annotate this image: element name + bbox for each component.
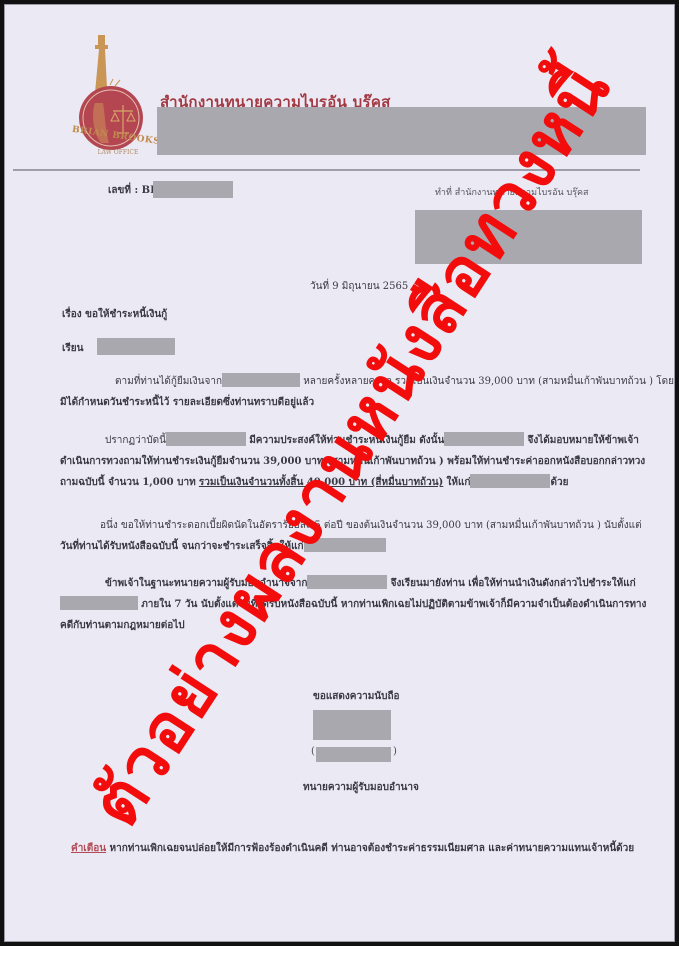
warning-label: คำเตือน bbox=[71, 843, 106, 854]
redacted-signer-name bbox=[316, 747, 391, 762]
subject: เรื่อง ขอให้ชำระหนี้เงินกู้ bbox=[62, 307, 167, 322]
redacted-principal bbox=[307, 575, 387, 589]
written-at: ทำที่ สำนักงานทนายความไบรอัน บรุ๊คส bbox=[435, 185, 589, 199]
header-divider bbox=[13, 169, 640, 171]
redacted-creditor-2 bbox=[166, 432, 246, 446]
redacted-reference-number bbox=[153, 181, 233, 198]
logo-subtitle: LAW OFFICE bbox=[83, 149, 153, 156]
total-amount: รวมเป็นเงินจำนวนทั้งสิ้น 40,000 บาท (สี่… bbox=[199, 477, 443, 488]
redacted-recipient-address bbox=[415, 210, 642, 264]
page-frame: BRIAN BROOKS LAW OFFICE สำนักงานทนายความ… bbox=[0, 0, 679, 946]
signer-title: ทนายความผู้รับมอบอำนาจ bbox=[303, 780, 419, 795]
salutation: เรียน bbox=[62, 341, 83, 356]
paragraph-4: ข้าพเจ้าในฐานะทนายความผู้รับมอบอำนาจจาก … bbox=[60, 573, 640, 636]
redacted-creditor-6 bbox=[60, 596, 138, 610]
signer-name-parens-open: ( bbox=[311, 746, 315, 757]
paragraph-2: ปรากฏว่าบัดนี้ มีความประสงค์ให้ท่านชำระห… bbox=[60, 430, 640, 493]
law-office-logo: BRIAN BROOKS LAW OFFICE bbox=[65, 33, 165, 173]
warning-text: หากท่านเพิกเฉยจนปล่อยให้มีการฟ้องร้องดำเ… bbox=[110, 843, 635, 854]
letter-date: วันที่ 9 มิถุนายน 2565 bbox=[310, 279, 408, 294]
redacted-creditor-4 bbox=[470, 474, 550, 488]
redacted-creditor-5 bbox=[304, 538, 386, 552]
paragraph-3: อนึ่ง ขอให้ท่านชำระดอกเบี้ยผิดนัดในอัตรา… bbox=[60, 515, 640, 557]
redacted-recipient-name bbox=[97, 338, 175, 355]
reference-number-label: เลขที่ : BB bbox=[108, 183, 159, 198]
signer-name-parens-close: ) bbox=[393, 746, 397, 757]
letter-paper: BRIAN BROOKS LAW OFFICE สำนักงานทนายความ… bbox=[4, 4, 675, 942]
closing: ขอแสดงความนับถือ bbox=[313, 689, 400, 704]
redacted-creditor-3 bbox=[444, 432, 524, 446]
redacted-signature bbox=[313, 710, 391, 740]
paragraph-1: ตามที่ท่านได้กู้ยืมเงินจาก หลายครั้งหลาย… bbox=[60, 371, 640, 413]
redacted-creditor bbox=[222, 373, 300, 387]
warning: คำเตือน หากท่านเพิกเฉยจนปล่อยให้มีการฟ้อ… bbox=[71, 841, 634, 856]
redacted-address bbox=[157, 107, 646, 155]
